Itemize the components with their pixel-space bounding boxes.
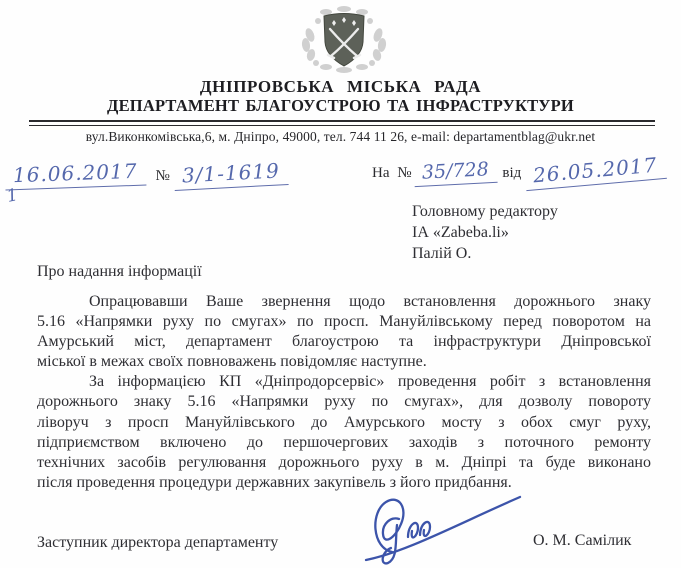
incoming-number-handwritten: 35/728 xyxy=(413,158,497,187)
signer-position: Заступник директора департаменту xyxy=(37,534,278,552)
recipient-agency: ІА «Zabeba.li» xyxy=(412,222,558,243)
body-line: 5.16 «Напрямки руху по смугах» по просп.… xyxy=(37,312,651,332)
body-line: Амурський міст, департамент благоустрою … xyxy=(37,332,651,352)
letterhead-divider xyxy=(29,120,655,126)
incoming-date-handwritten: 26.05.2017 xyxy=(524,152,666,191)
address-line: вул.Виконкомівська,6, м. Дніпро, 49000, … xyxy=(0,129,681,145)
body-line: Опрацювавши Ваше звернення щодо встановл… xyxy=(37,292,651,312)
outgoing-number-handwritten: 3/1-1619 xyxy=(173,158,288,191)
body-line: технічних засобів регулювання дорожнього… xyxy=(37,453,651,473)
signer-name: О. М. Самілик xyxy=(533,532,631,550)
recipient-person: Палій О. xyxy=(412,243,558,264)
incoming-reference: На № 35/728 від 26.05.2017 xyxy=(372,158,666,185)
body-line: дорожнього знаку 5.16 «Напрямки руху по … xyxy=(37,392,651,412)
body-line: За інформацією КП «Дніпродорсервіс» пров… xyxy=(37,372,651,392)
body-line: міської в межах своїх повноважень повідо… xyxy=(37,352,651,372)
letter-body: Опрацювавши Ваше звернення щодо встановл… xyxy=(37,292,651,493)
outgoing-reference: 16.06.2017 № 3/1-1619 xyxy=(5,161,288,188)
recipient-title: Головному редактору xyxy=(412,201,558,222)
incoming-number-label: На № xyxy=(372,165,412,182)
incoming-date-label: від xyxy=(502,165,521,182)
department-name: ДЕПАРТАМЕНТ БЛАГОУСТРОЮ ТА ІНФРАСТРУКТУР… xyxy=(0,96,681,116)
body-line: підприємством включено до першочергових … xyxy=(37,433,651,453)
body-line: після проведення процедури державних зак… xyxy=(37,473,651,493)
handwritten-signature-icon xyxy=(356,490,528,568)
organization-name: ДНІПРОВСЬКА МІСЬКА РАДА xyxy=(0,77,681,97)
body-line: ліворуч з просп Мануйлівського до Амурсь… xyxy=(37,413,651,433)
number-sign-label: № xyxy=(156,168,170,185)
recipient-block: Головному редактору ІА «Zabeba.li» Палій… xyxy=(412,201,558,264)
subject-line: Про надання інформації xyxy=(37,263,202,281)
outgoing-date-handwritten: 16.06.2017 xyxy=(5,159,146,191)
scanned-letter-page: ДНІПРОВСЬКА МІСЬКА РАДА ДЕПАРТАМЕНТ БЛАГ… xyxy=(0,0,681,568)
coat-of-arms-icon xyxy=(296,5,392,73)
